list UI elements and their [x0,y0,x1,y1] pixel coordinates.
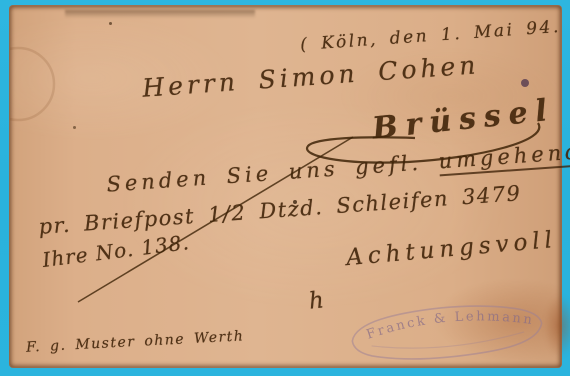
company-stamp: Franck & Lehmann [344,291,549,373]
destination-text: Brüssel [371,93,557,147]
faint-postmark-arc [10,48,54,120]
postcard: ( Köln, den 1. Mai 94. Herrn Simon Cohen… [9,5,562,368]
initial-mark: h [308,287,325,314]
bottom-note-text: F. g. Muster ohne Werth [26,328,245,355]
ink-blot [521,79,529,87]
ink-speck [293,200,297,204]
body-line-1-underlined-word: umgehend [438,139,570,176]
paper-edge-smudge [65,10,255,18]
addressee-text: Herrn Simon Cohen [141,50,480,102]
closing-text: Achtungsvoll [345,227,558,271]
ink-speck [73,126,76,129]
dateline-text: ( Köln, den 1. Mai 94. [300,17,562,55]
ink-speck [109,22,112,25]
stamp-text: Franck & Lehmann [364,306,536,343]
scanned-postcard-image: ( Köln, den 1. Mai 94. Herrn Simon Cohen… [0,0,570,376]
